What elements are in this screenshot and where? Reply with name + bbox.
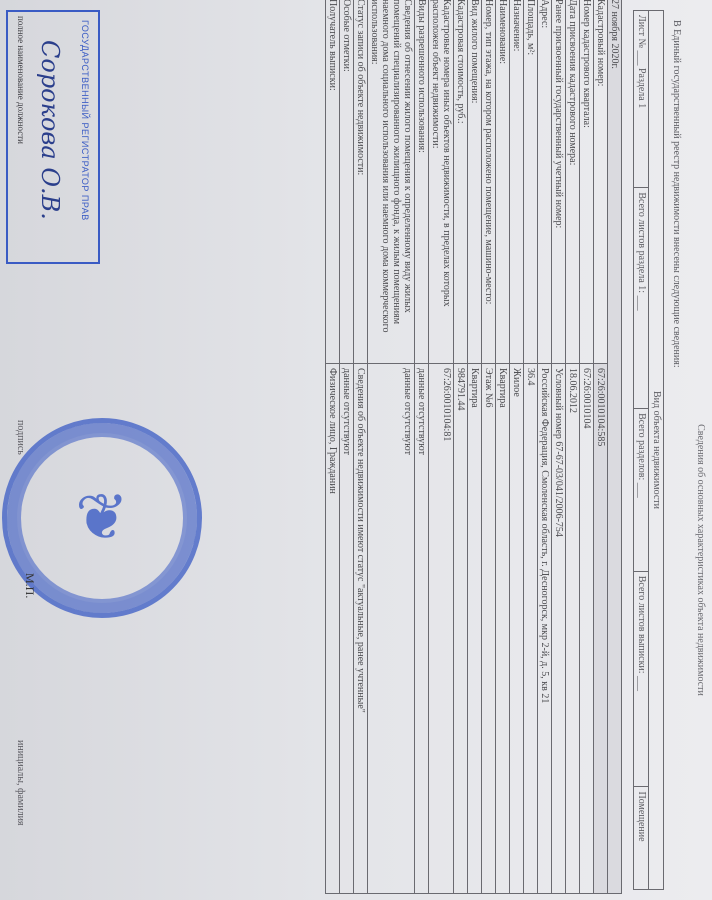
row-value: Физическое лицо, Гражданин — [326, 364, 340, 894]
eagle-emblem-icon: ❦ — [75, 481, 129, 555]
official-seal: ❦ М.П. — [2, 418, 202, 618]
row-label: Виды разрешенного использования: — [415, 0, 429, 364]
row-label: Сведения об отнесении жилого помещения к… — [368, 0, 415, 364]
registry-extract-sheet: Сведения об основных характеристиках объ… — [0, 0, 712, 900]
row-label: Кадастровые номера иных объектов недвижи… — [429, 0, 454, 364]
row-value: Сведения об объекте недвижимости имеют с… — [354, 364, 368, 894]
registrar-title: ГОСУДАРСТВЕННЫЙ РЕГИСТРАТОР ПРАВ — [80, 20, 90, 221]
row-value: Российская Федерация, Смоленская область… — [538, 364, 552, 894]
row-label: Дата присвоения кадастрового номера: — [566, 0, 580, 364]
stamp-mark: М.П. — [22, 573, 37, 598]
table-row: Площадь, м²:36.4 — [524, 0, 538, 894]
signature-label: подпись — [15, 420, 26, 455]
row-value: 36.4 — [524, 364, 538, 894]
row-value: Условный номер 67-67-03/041/2006-754 — [552, 364, 566, 894]
characteristics-table: 27 ноября 2020г. Кадастровый номер:67:26… — [325, 0, 622, 894]
row-value: Этаж №6 — [482, 364, 496, 894]
row-label: Кадастровая стоимость, руб.: — [454, 0, 468, 364]
table-row: Номер, тип этажа, на котором расположено… — [482, 0, 496, 894]
row-value: данные отсутствуют — [340, 364, 354, 894]
row-value: 67:26:0010104:81 — [429, 364, 454, 894]
row-label: Площадь, м²: — [524, 0, 538, 364]
object-type: Помещение — [634, 787, 649, 890]
sections-total: Всего разделов: ___ — [634, 409, 649, 572]
table-row: Назначение:Жилое — [510, 0, 524, 894]
table-row: Виды разрешенного использования:данные о… — [415, 0, 429, 894]
registrar-stamp: ГОСУДАРСТВЕННЫЙ РЕГИСТРАТОР ПРАВ Сороков… — [6, 10, 100, 264]
row-label: Ранее присвоенный государственный учетны… — [552, 0, 566, 364]
row-label: Особые отметки: — [340, 0, 354, 364]
table-row: Номер кадастрового квартала:67:26:001010… — [580, 0, 594, 894]
row-value: 984791.44 — [454, 364, 468, 894]
row-label: Наименование: — [496, 0, 510, 364]
sheet-number: Лист № ___ Раздела 1 — [634, 11, 649, 188]
row-value: Квартира — [496, 364, 510, 894]
row-value: Квартира — [468, 364, 482, 894]
row-label: Номер, тип этажа, на котором расположено… — [482, 0, 496, 364]
header-table: Вид объекта недвижимости Лист № ___ Разд… — [633, 10, 664, 890]
table-row: Статус записи об объекте недвижимости:Св… — [354, 0, 368, 894]
table-row: Получатель выписки:Физическое лицо, Граж… — [326, 0, 340, 894]
document-title: Сведения об основных характеристиках объ… — [695, 300, 706, 820]
table-row: Дата присвоения кадастрового номера:18.0… — [566, 0, 580, 894]
object-type-caption: Вид объекта недвижимости — [649, 11, 664, 890]
row-label: Адрес: — [538, 0, 552, 364]
row-value: данные отсутствуют — [368, 364, 415, 894]
table-row: Кадастровые номера иных объектов недвижи… — [429, 0, 454, 894]
row-value: Жилое — [510, 364, 524, 894]
document-subtitle: В Единый государственный реестр недвижим… — [671, 20, 682, 820]
row-value: 67:26:0010104 — [580, 364, 594, 894]
row-label: Вид жилого помещения: — [468, 0, 482, 364]
table-row: Адрес:Российская Федерация, Смоленская о… — [538, 0, 552, 894]
row-label: Номер кадастрового квартала: — [580, 0, 594, 364]
registrar-signature: Сорокова О.В. — [36, 40, 64, 220]
row-label: Кадастровый номер: — [594, 0, 608, 364]
row-label: Получатель выписки: — [326, 0, 340, 364]
table-row: Вид жилого помещения:Квартира — [468, 0, 482, 894]
sheets-total: Всего листов выписки: ___ — [634, 571, 649, 787]
table-row: Особые отметки:данные отсутствуют — [340, 0, 354, 894]
table-row: Кадастровый номер:67:26:0010104:585 — [594, 0, 608, 894]
table-row: Сведения об отнесении жилого помещения к… — [368, 0, 415, 894]
table-row: Кадастровая стоимость, руб.:984791.44 — [454, 0, 468, 894]
table-row: Наименование:Квартира — [496, 0, 510, 894]
row-value: 67:26:0010104:585 — [594, 364, 608, 894]
position-label: полное наименование должности — [16, 16, 26, 144]
row-label: Назначение: — [510, 0, 524, 364]
row-value: 18.06.2012 — [566, 364, 580, 894]
extract-date: 27 ноября 2020г. — [608, 0, 622, 894]
row-value: данные отсутствуют — [415, 364, 429, 894]
table-row: Ранее присвоенный государственный учетны… — [552, 0, 566, 894]
initials-label: инициалы, фамилия — [15, 740, 26, 826]
section-sheets-total: Всего листов раздела 1: ___ — [634, 188, 649, 409]
row-label: Статус записи об объекте недвижимости: — [354, 0, 368, 364]
